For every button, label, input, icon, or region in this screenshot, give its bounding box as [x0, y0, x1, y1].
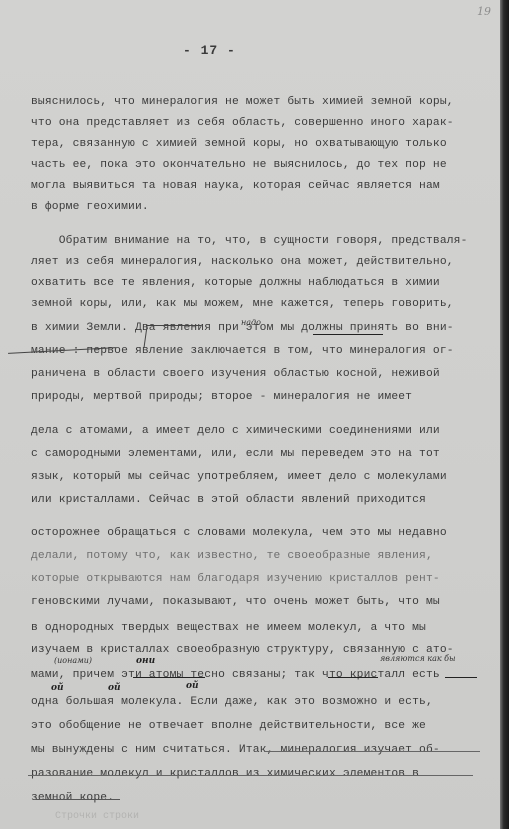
text-line: одна большая молекула. Если даже, как эт… — [31, 696, 433, 708]
underline-mark — [265, 751, 480, 752]
handwritten-insertion: являются как бы — [380, 654, 456, 663]
strikethrough-mark — [328, 677, 378, 678]
text-line: тера, связанную с химией земной коры, но… — [31, 138, 447, 150]
strikethrough-mark — [445, 677, 477, 678]
text-line: осторожнее обращаться с словами молекула… — [31, 527, 447, 539]
handwritten-insertion: надо — [241, 318, 261, 327]
text-line: земной коре. — [31, 792, 114, 804]
text-line: могла выявиться та новая наука, которая … — [31, 180, 440, 192]
underline-mark — [36, 799, 120, 800]
handwritten-insertion: ой — [108, 683, 121, 693]
text-line: дела с атомами, а имеет дело с химически… — [31, 425, 440, 437]
bleed-through-text: Строчки строки — [55, 811, 139, 822]
text-line: выяснилось, что минералогия не может быт… — [31, 96, 454, 108]
page-edge-shadow — [500, 0, 509, 829]
text-line: или кристаллами. Сейчас в этой области я… — [31, 494, 426, 506]
text-line: в однородных твердых веществах не имеем … — [31, 622, 426, 634]
text-line: Обратим внимание на то, что, в сущности … — [31, 235, 468, 247]
underline-mark — [28, 775, 473, 776]
text-line: земной коры, или, как мы можем, мне каже… — [31, 298, 454, 310]
text-line: язык, который мы сейчас употребляем, име… — [31, 471, 447, 483]
text-line: охватить все те явления, которые должны … — [31, 277, 440, 289]
text-line: ляет из себя минералогия, насколько она … — [31, 256, 454, 268]
text-line: геновскими лучами, показывают, что очень… — [31, 596, 440, 608]
page-number: - 17 - — [183, 43, 236, 58]
strikethrough-mark — [313, 334, 383, 335]
text-line: в форме геохимии. — [31, 201, 149, 213]
text-line: с самородными элементами, или, если мы п… — [31, 448, 440, 460]
bracket-top-mark — [146, 325, 201, 326]
text-line: раничена в области своего изучения облас… — [31, 368, 440, 380]
text-line: часть ее, пока это окончательно не выясн… — [31, 159, 447, 171]
text-line: что она представляет из себя область, со… — [31, 117, 454, 129]
archive-page-number: 19 — [477, 5, 491, 18]
text-line: это обобщение не отвечает вполне действи… — [31, 720, 426, 732]
text-line: которые открываются нам благодаря изучен… — [31, 573, 440, 585]
strikethrough-mark — [133, 677, 205, 678]
document-page: 19 - 17 - выяснилось, что минералогия не… — [0, 0, 500, 829]
text-line: мы вынуждены с ним считаться. Итак, мине… — [31, 744, 440, 756]
handwritten-insertion: (ионами) — [54, 656, 92, 665]
text-line: разование молекул и кристаллов из химиче… — [31, 768, 419, 780]
handwritten-insertion: ой — [51, 683, 64, 693]
handwritten-insertion: они — [136, 656, 155, 666]
text-line: природы, мертвой природы; второе - минер… — [31, 391, 412, 403]
handwritten-insertion: ой — [186, 681, 199, 691]
text-line: мание : первое явление заключается в том… — [31, 345, 454, 357]
text-line: делали, потому что, как известно, те сво… — [31, 550, 433, 562]
text-line: мами, причем эти атомы тесно связаны; та… — [31, 669, 440, 681]
